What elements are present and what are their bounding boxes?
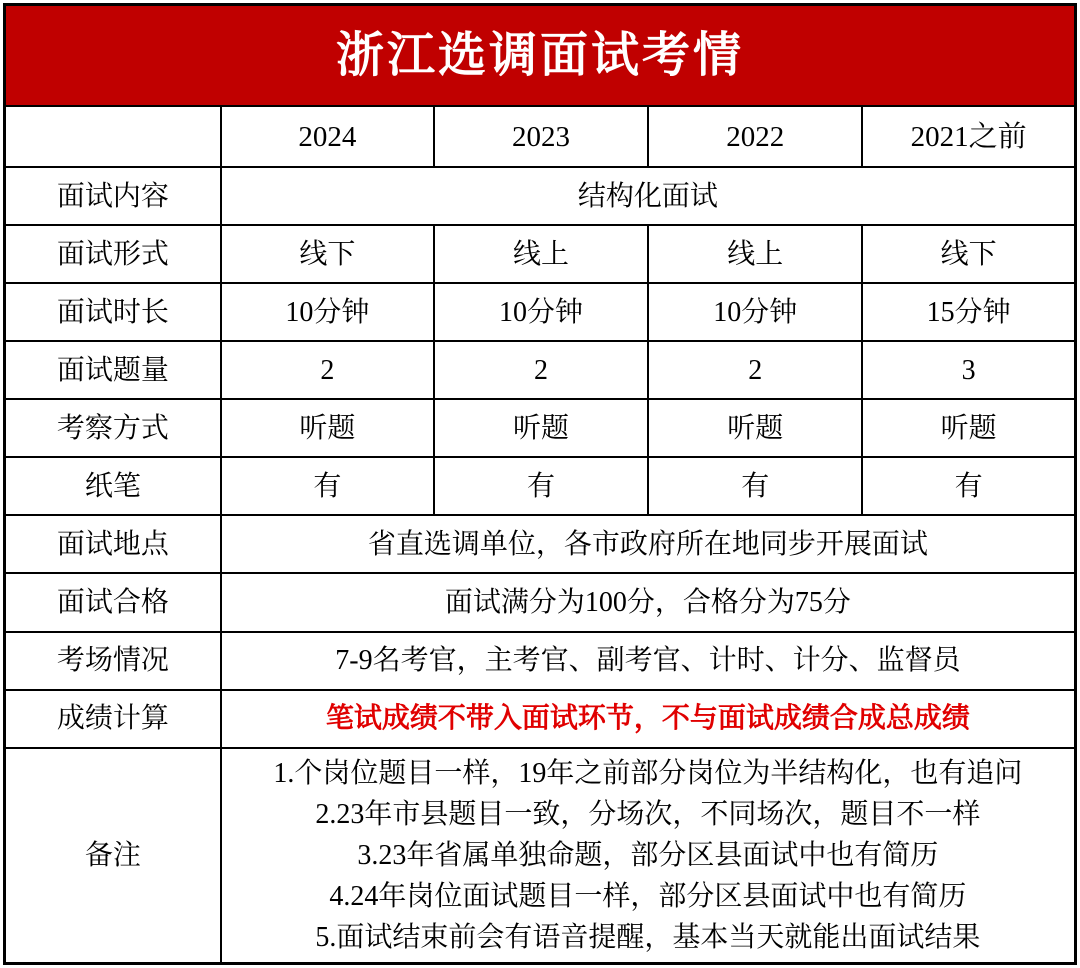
value-cell: 线上 — [648, 225, 862, 283]
year-header-2024: 2024 — [221, 106, 434, 167]
page-title: 浙江选调面试考情 — [12, 26, 1068, 86]
row-question-count: 面试题量 2 2 2 3 — [5, 341, 1076, 399]
score-calculation-alert: 笔试成绩不带入面试环节，不与面试成绩合成总成绩 — [221, 690, 1076, 748]
exam-info-poster: 浙江选调面试考情 2024 2023 2022 2021之前 面试内容 结构化面… — [3, 3, 1077, 965]
value-cell: 10分钟 — [221, 283, 434, 341]
row-label: 成绩计算 — [5, 690, 221, 748]
row-interview-location: 面试地点 省直选调单位，各市政府所在地同步开展面试 — [5, 515, 1076, 573]
row-label: 纸笔 — [5, 457, 221, 515]
value-cell: 2 — [648, 341, 862, 399]
value-cell: 2 — [434, 341, 648, 399]
exam-info-table: 浙江选调面试考情 2024 2023 2022 2021之前 面试内容 结构化面… — [3, 3, 1077, 965]
row-label: 考察方式 — [5, 399, 221, 457]
remark-line-3: 3.23年省属单独命题，部分区县面试中也有简历 — [228, 835, 1068, 876]
row-label: 备注 — [5, 748, 221, 964]
span-value-cell: 省直选调单位，各市政府所在地同步开展面试 — [221, 515, 1076, 573]
value-cell: 15分钟 — [862, 283, 1075, 341]
year-header-row: 2024 2023 2022 2021之前 — [5, 106, 1076, 167]
row-label: 面试题量 — [5, 341, 221, 399]
row-score-calculation: 成绩计算 笔试成绩不带入面试环节，不与面试成绩合成总成绩 — [5, 690, 1076, 748]
value-cell: 10分钟 — [434, 283, 648, 341]
row-interview-duration: 面试时长 10分钟 10分钟 10分钟 15分钟 — [5, 283, 1076, 341]
remark-line-5: 5.面试结束前会有语音提醒，基本当天就能出面试结果 — [228, 917, 1068, 958]
value-cell: 有 — [434, 457, 648, 515]
row-label: 面试内容 — [5, 167, 221, 225]
span-value-cell: 7-9名考官，主考官、副考官、计时、计分、监督员 — [221, 632, 1076, 690]
value-cell: 有 — [862, 457, 1075, 515]
banner-row: 浙江选调面试考情 — [5, 5, 1076, 107]
year-header-2023: 2023 — [434, 106, 648, 167]
value-cell: 听题 — [648, 399, 862, 457]
row-interview-format: 面试形式 线下 线上 线上 线下 — [5, 225, 1076, 283]
remark-line-2: 2.23年市县题目一致，分场次，不同场次，题目不一样 — [228, 794, 1068, 835]
value-cell: 线上 — [434, 225, 648, 283]
value-cell: 有 — [648, 457, 862, 515]
corner-cell — [5, 106, 221, 167]
value-cell: 线下 — [862, 225, 1075, 283]
banner-cell: 浙江选调面试考情 — [5, 5, 1076, 107]
value-cell: 线下 — [221, 225, 434, 283]
row-label: 考场情况 — [5, 632, 221, 690]
value-cell: 听题 — [221, 399, 434, 457]
value-cell: 2 — [221, 341, 434, 399]
value-cell: 有 — [221, 457, 434, 515]
row-assessment-method: 考察方式 听题 听题 听题 听题 — [5, 399, 1076, 457]
value-cell: 10分钟 — [648, 283, 862, 341]
year-header-before-2021: 2021之前 — [862, 106, 1075, 167]
row-label: 面试地点 — [5, 515, 221, 573]
row-interview-content: 面试内容 结构化面试 — [5, 167, 1076, 225]
value-cell: 听题 — [862, 399, 1075, 457]
row-label: 面试时长 — [5, 283, 221, 341]
remark-line-1: 1.个岗位题目一样，19年之前部分岗位为半结构化，也有追问 — [228, 753, 1068, 794]
row-passing-score: 面试合格 面试满分为100分，合格分为75分 — [5, 573, 1076, 631]
remark-line-4: 4.24年岗位面试题目一样，部分区县面试中也有简历 — [228, 876, 1068, 917]
year-header-2022: 2022 — [648, 106, 862, 167]
row-exam-room: 考场情况 7-9名考官，主考官、副考官、计时、计分、监督员 — [5, 632, 1076, 690]
remarks-cell: 1.个岗位题目一样，19年之前部分岗位为半结构化，也有追问 2.23年市县题目一… — [221, 748, 1076, 964]
row-remarks: 备注 1.个岗位题目一样，19年之前部分岗位为半结构化，也有追问 2.23年市县… — [5, 748, 1076, 964]
value-cell: 3 — [862, 341, 1075, 399]
row-label: 面试形式 — [5, 225, 221, 283]
value-cell: 听题 — [434, 399, 648, 457]
span-value-cell: 结构化面试 — [221, 167, 1076, 225]
row-label: 面试合格 — [5, 573, 221, 631]
row-paper-pen: 纸笔 有 有 有 有 — [5, 457, 1076, 515]
span-value-cell: 面试满分为100分，合格分为75分 — [221, 573, 1076, 631]
